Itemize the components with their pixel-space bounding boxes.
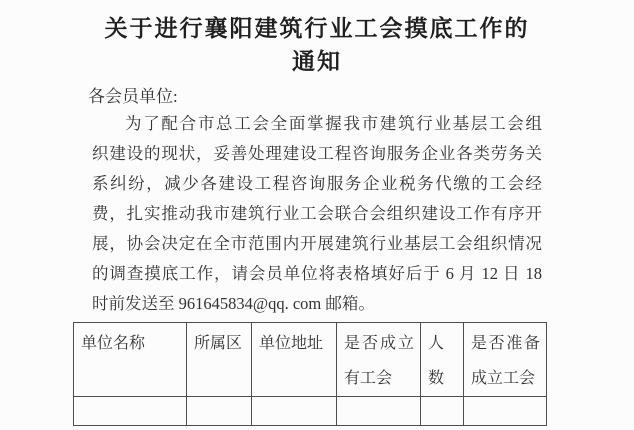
table-row bbox=[74, 397, 547, 426]
header-unit-name: 单位名称 bbox=[74, 323, 187, 397]
body-line-4: 费，扎实推动我市建筑行业工会联合会组织建设工作有序开 bbox=[92, 199, 542, 229]
header-union-planned: 是否准备成立工会 bbox=[464, 323, 547, 397]
body-line-6: 的调查摸底工作，请会员单位将表格填好后于 6 月 12 日 18 bbox=[92, 259, 542, 289]
cell-union-established[interactable] bbox=[337, 397, 421, 426]
document-title-line-1: 关于进行襄阳建筑行业工会摸底工作的 bbox=[0, 12, 634, 45]
body-line-2: 织建设的现状，妥善处理建设工程咨询服务企业各类劳务关 bbox=[92, 139, 542, 169]
document-page: 关于进行襄阳建筑行业工会摸底工作的 通知 各会员单位: 为了配合市总工会全面掌握… bbox=[0, 0, 634, 430]
cell-district[interactable] bbox=[187, 397, 252, 426]
cell-headcount[interactable] bbox=[421, 397, 464, 426]
cell-union-planned[interactable] bbox=[464, 397, 547, 426]
survey-table: 单位名称 所属区 单位地址 是否成立有工会 人数 是否准备成立工会 bbox=[73, 322, 547, 426]
body-line-5: 展，协会决定在全市范围内开展建筑行业基层工会组织情况 bbox=[92, 229, 542, 259]
document-title-line-2: 通知 bbox=[0, 45, 634, 78]
salutation: 各会员单位: bbox=[88, 85, 634, 109]
header-union-established: 是否成立有工会 bbox=[337, 323, 421, 397]
body-line-7: 时前发送至 961645834@qq. com 邮箱。 bbox=[92, 289, 542, 319]
body-line-3: 系纠纷，减少各建设工程咨询服务企业税务代缴的工会经 bbox=[92, 169, 542, 199]
table-header-row: 单位名称 所属区 单位地址 是否成立有工会 人数 是否准备成立工会 bbox=[74, 323, 547, 397]
header-district: 所属区 bbox=[187, 323, 252, 397]
header-unit-address: 单位地址 bbox=[252, 323, 337, 397]
notice-body: 为了配合市总工会全面掌握我市建筑行业基层工会组 织建设的现状，妥善处理建设工程咨… bbox=[92, 109, 542, 319]
document-title: 关于进行襄阳建筑行业工会摸底工作的 通知 bbox=[0, 0, 634, 78]
cell-unit-name[interactable] bbox=[74, 397, 187, 426]
header-headcount: 人数 bbox=[421, 323, 464, 397]
body-line-1: 为了配合市总工会全面掌握我市建筑行业基层工会组 bbox=[92, 109, 542, 139]
cell-unit-address[interactable] bbox=[252, 397, 337, 426]
